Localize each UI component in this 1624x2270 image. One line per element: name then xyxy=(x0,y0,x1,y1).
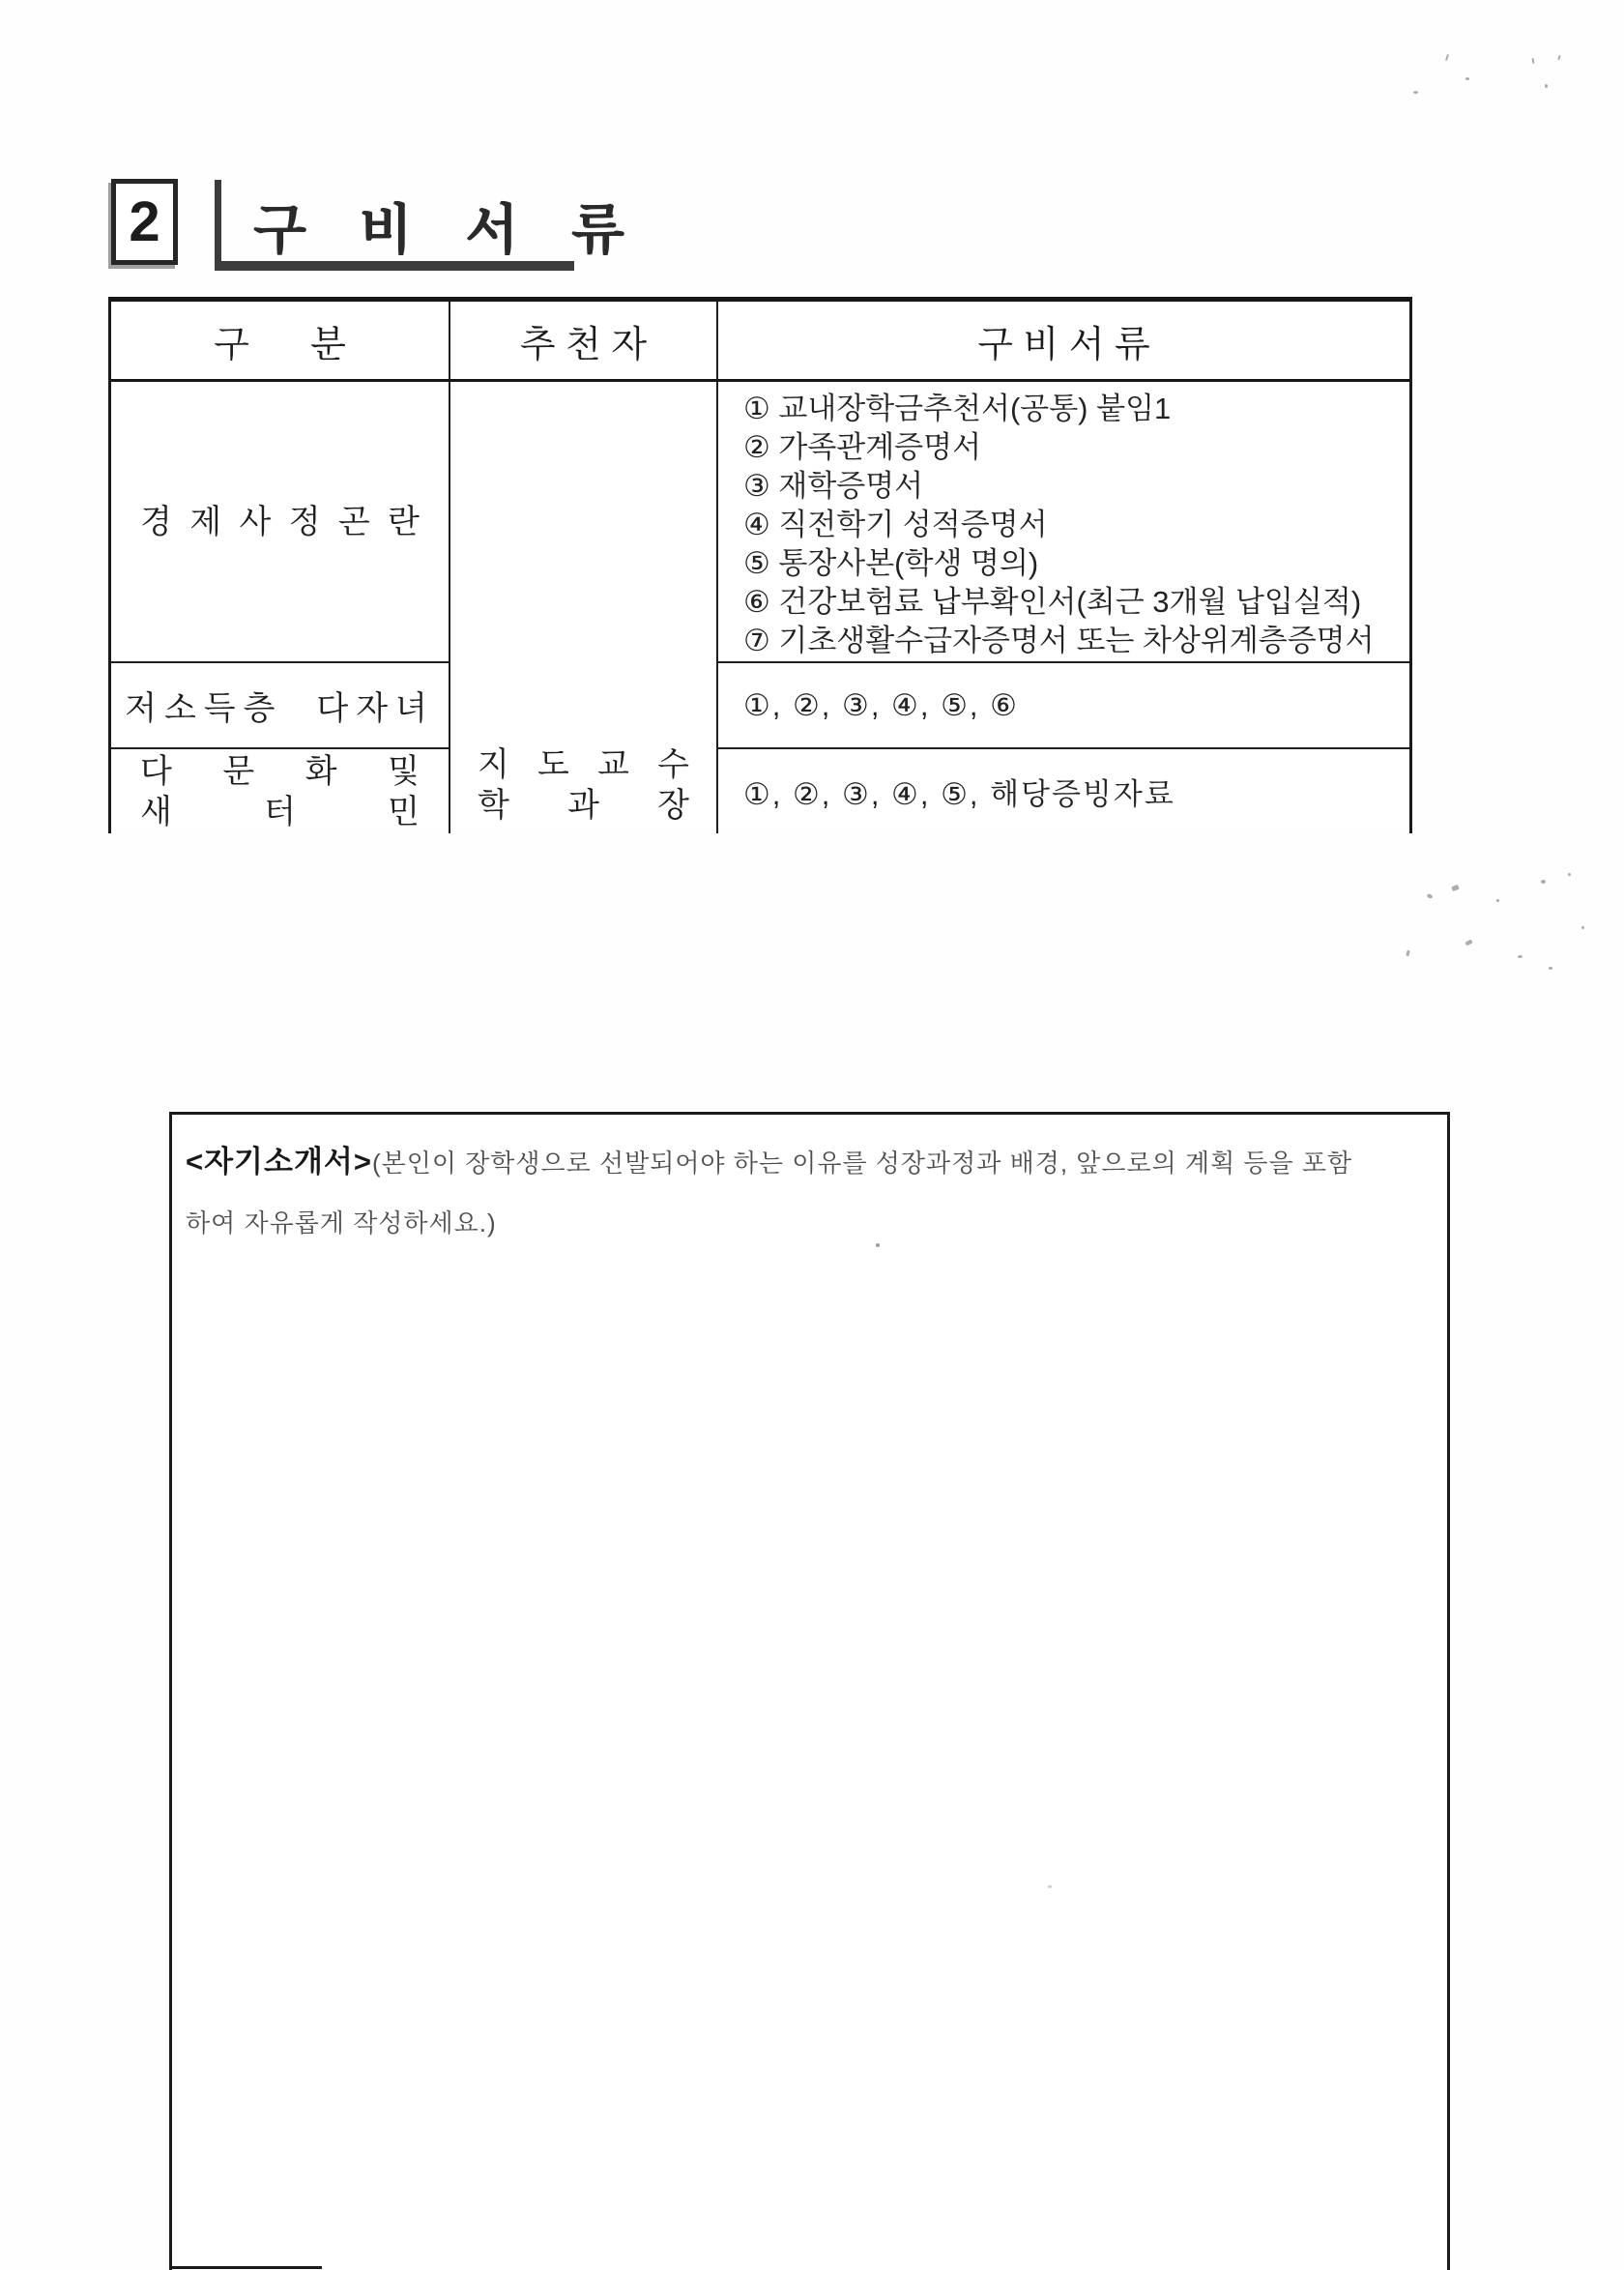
doc-item-6: ⑥ 건강보험료 납부확인서(최근 3개월 납입실적) xyxy=(743,583,1409,622)
scan-speck xyxy=(1496,899,1499,902)
row-multicultural-category-line1: 다 문 화 및 xyxy=(140,751,420,792)
scan-speck xyxy=(1406,950,1409,957)
self-introduction-note-line1: (본인이 장학생으로 선발되어야 하는 이유를 성장과정과 배경, 앞으로의 계… xyxy=(372,1149,1352,1178)
scan-speck xyxy=(1048,1885,1052,1888)
table-header-documents: 구 비 서 류 xyxy=(718,302,1409,382)
scan-speck xyxy=(1426,893,1433,899)
scan-speck xyxy=(1413,91,1418,94)
row-multicultural-category: 다 문 화 및 새 터 민 xyxy=(111,749,450,833)
recommender-line2: 학 과 장 xyxy=(478,785,689,826)
self-introduction-label: <자기소개서> xyxy=(186,1145,372,1179)
table-header-recommender: 추 천 자 xyxy=(450,302,718,382)
section-number: 2 xyxy=(129,189,159,254)
scan-speck xyxy=(1518,955,1522,958)
title-accent-bar xyxy=(215,180,221,271)
scan-speck xyxy=(1568,873,1571,876)
scan-speck xyxy=(1464,940,1472,946)
table-header-category: 구 분 xyxy=(111,302,450,382)
scan-speck xyxy=(876,1243,880,1247)
doc-item-4: ④ 직전학기 성적증명서 xyxy=(743,506,1409,544)
scan-speck xyxy=(1465,77,1469,80)
box-bottom-border-fragment xyxy=(169,2266,322,2269)
doc-item-7: ⑦ 기초생활수급자증명서 또는 차상위계층증명서 xyxy=(743,622,1409,660)
row-multicultural-documents: ①, ②, ③, ④, ⑤, 해당증빙자료 xyxy=(718,749,1409,833)
recommender-line1: 지 도 교 수 xyxy=(478,744,689,785)
row-multicultural-category-line2: 새 터 민 xyxy=(140,792,420,832)
scan-speck xyxy=(1557,55,1561,60)
self-introduction-note-line2: 하여 자유롭게 작성하세요.) xyxy=(186,1198,1434,1248)
section-title: 구 비 서 류 xyxy=(253,188,643,265)
row-economic-category: 경 제 사 정 곤 란 xyxy=(111,382,450,663)
scan-speck xyxy=(1531,58,1534,64)
row-low-income-documents: ①, ②, ③, ④, ⑤, ⑥ xyxy=(718,663,1409,749)
scan-speck xyxy=(1581,926,1584,929)
section-number-box: 2 xyxy=(111,179,178,265)
scan-speck xyxy=(1445,54,1449,61)
required-documents-table: 구 분 추 천 자 구 비 서 류 경 제 사 정 곤 란 지 도 교 수 학 … xyxy=(108,297,1412,833)
scan-speck xyxy=(1545,84,1548,88)
scanned-document-page: 2 구 비 서 류 구 분 추 천 자 구 비 서 류 경 제 사 정 곤 란 … xyxy=(0,0,1624,2270)
row-economic-documents: ① 교내장학금추천서(공통) 붙임1 ② 가족관계증명서 ③ 재학증명서 ④ 직… xyxy=(718,382,1409,663)
doc-item-1: ① 교내장학금추천서(공통) 붙임1 xyxy=(743,390,1409,428)
row-low-income-category: 저소득층 다자녀 xyxy=(111,663,450,749)
doc-item-2: ② 가족관계증명서 xyxy=(743,428,1409,467)
recommender-cell: 지 도 교 수 학 과 장 xyxy=(450,382,718,833)
self-introduction-box: <자기소개서>(본인이 장학생으로 선발되어야 하는 이유를 성장과정과 배경,… xyxy=(169,1112,1450,2270)
row-economic-category-label: 경 제 사 정 곤 란 xyxy=(140,502,420,542)
scan-speck xyxy=(1549,967,1552,970)
self-introduction-caption: <자기소개서>(본인이 장학생으로 선발되어야 하는 이유를 성장과정과 배경,… xyxy=(186,1132,1434,1198)
doc-item-5: ⑤ 통장사본(학생 명의) xyxy=(743,544,1409,583)
title-underline xyxy=(215,261,574,271)
scan-speck xyxy=(1451,885,1459,891)
doc-item-3: ③ 재학증명서 xyxy=(743,467,1409,506)
scan-speck xyxy=(1541,880,1546,884)
